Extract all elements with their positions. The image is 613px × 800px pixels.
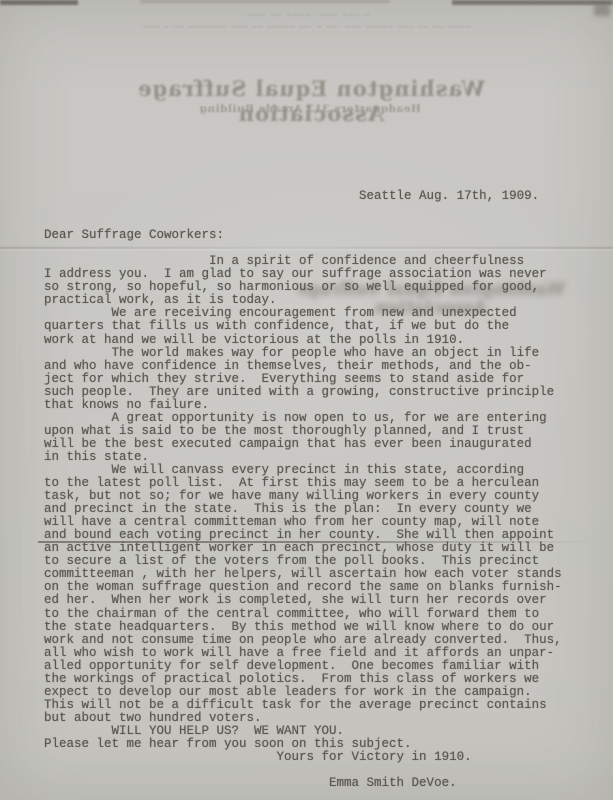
scanned-letter-page: –·––– ––– ·–––– –– –––· ––––·–– –– ––– –… <box>0 0 613 800</box>
scan-edge-artifact <box>0 0 78 5</box>
letter-text: Seattle Aug. 17th, 1909. Dear Suffrage C… <box>44 190 562 790</box>
scan-edge-artifact <box>452 0 613 5</box>
scan-edge-artifact <box>594 4 610 16</box>
ghost-officers-line: ––––·–– –– ––– ––––– ––– ·–– – ·–– –––––… <box>22 21 590 31</box>
scan-edge-artifact <box>140 0 390 3</box>
ghost-letterhead-organization: Washington Equal Suffrage Association <box>104 76 518 126</box>
ghost-officers-line: –·––– ––– ·–––– –– –––· <box>170 9 442 19</box>
ghost-letterhead-address: Headquarters 313 Arcade Building <box>196 103 424 115</box>
